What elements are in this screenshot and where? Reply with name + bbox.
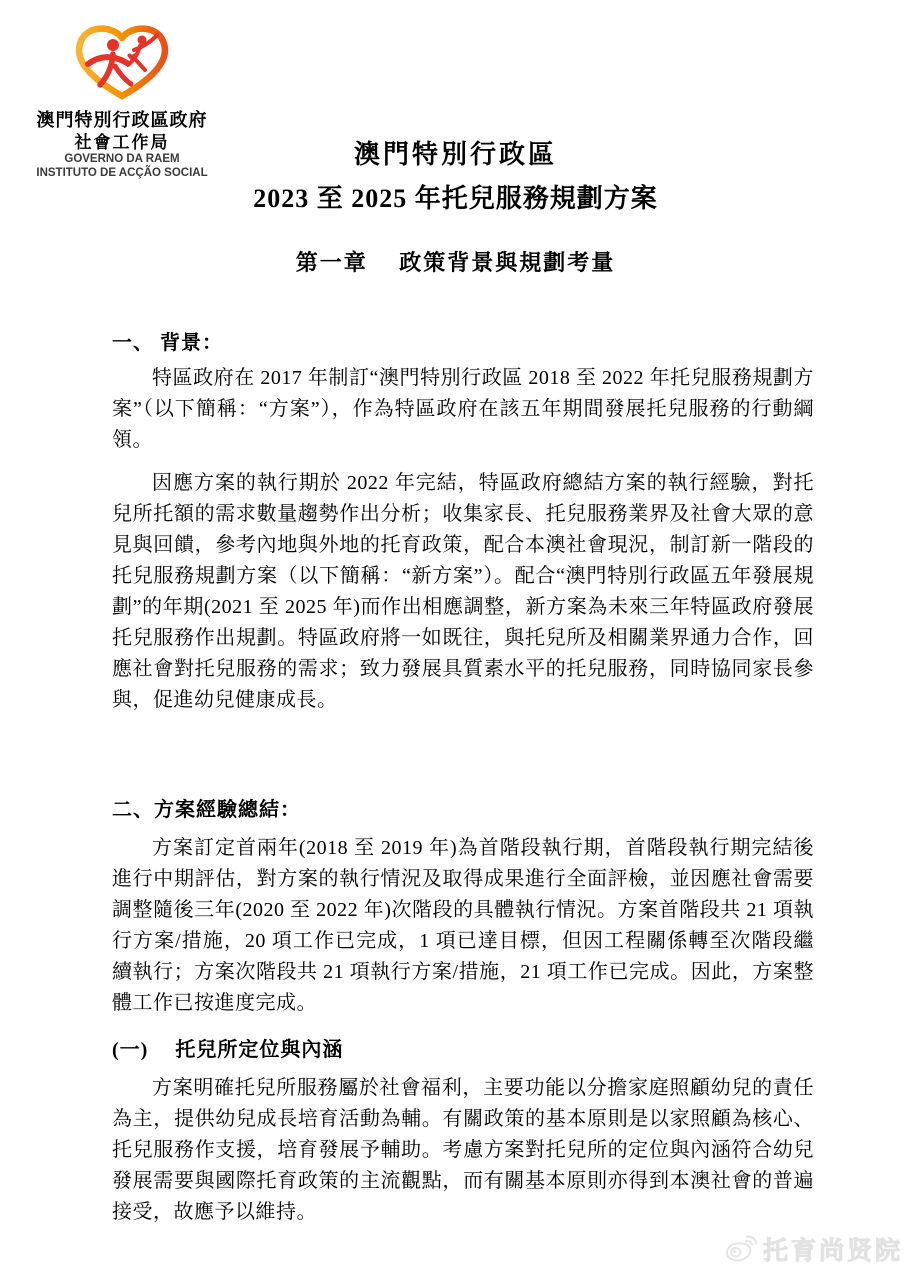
document-title: 澳門特別行政區 2023 至 2025 年托兒服務規劃方案 <box>0 134 911 215</box>
section-1-paragraph-2: 因應方案的執行期於 2022 年完結，特區政府總結方案的執行經驗，對托兒所托額的… <box>112 468 814 716</box>
section-1-heading: 一、 背景： <box>112 326 814 355</box>
org-name-zh-line1: 澳門特別行政區政府 <box>16 110 228 131</box>
document-title-line2: 2023 至 2025 年托兒服務規劃方案 <box>0 178 911 215</box>
weibo-icon <box>723 1235 757 1263</box>
watermark: 托育尚贤院 <box>723 1231 903 1267</box>
watermark-label: 托育尚贤院 <box>763 1231 903 1267</box>
section-1-paragraph-1: 特區政府在 2017 年制訂“澳門特別行政區 2018 至 2022 年托兒服務… <box>112 363 814 456</box>
document-title-line1: 澳門特別行政區 <box>0 134 911 171</box>
section-2-paragraph-1: 方案訂定首兩年(2018 至 2019 年)為首階段執行期，首階段執行期完結後進… <box>112 833 814 1019</box>
subsection-1-heading: (一) 托兒所定位與內涵 <box>112 1033 814 1062</box>
heart-figures-logo-icon <box>70 24 174 102</box>
subsection-1-paragraph-1: 方案明確托兒所服務屬於社會福利，主要功能以分擔家庭照顧幼兒的責任為主，提供幼兒成… <box>112 1073 814 1228</box>
section-2-heading: 二、方案經驗總結： <box>112 793 814 822</box>
document-page: 澳門特別行政區政府 社會工作局 GOVERNO DA RAEM INSTITUT… <box>0 0 911 1279</box>
chapter-heading: 第一章 政策背景與規劃考量 <box>0 246 911 277</box>
